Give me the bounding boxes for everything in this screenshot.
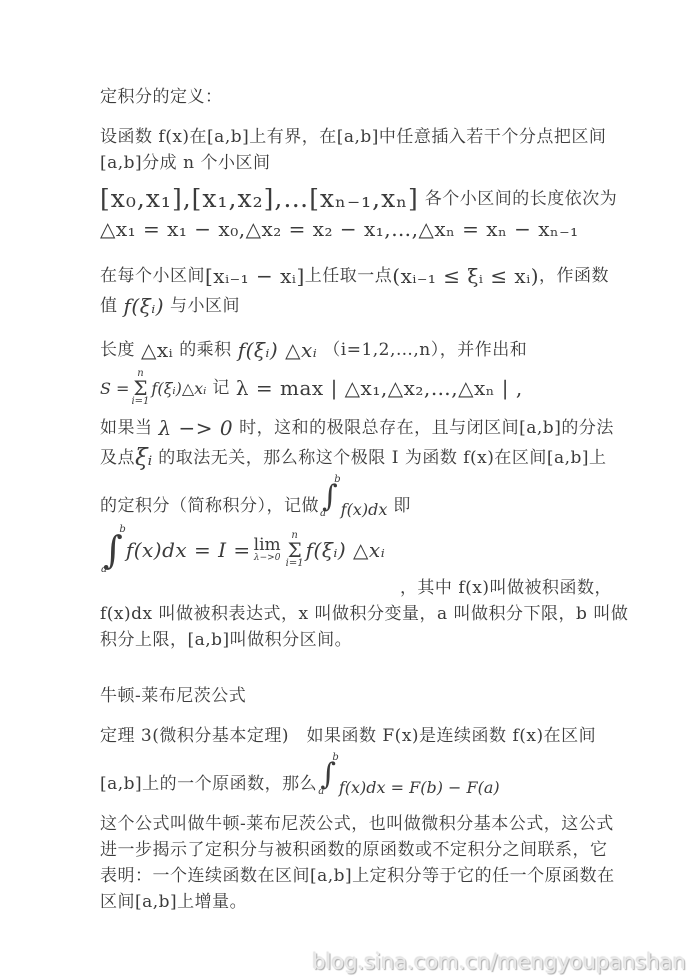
sum-definition-row: S = n Σ i=1 f(ξᵢ)△xᵢ 记 λ = max | △x₁,△x₂… bbox=[100, 369, 612, 407]
sum-lower-limit-main: i=1 bbox=[286, 559, 304, 569]
sum-symbol: n Σ i=1 bbox=[131, 369, 149, 407]
lim-subscript: λ−>0 bbox=[254, 554, 281, 563]
formula-intervals: [x₀,x₁],[x₁,x₂],…[xₙ₋₁,xₙ] bbox=[100, 184, 419, 213]
after-formula-line-1: ，其中 f(x)叫做被积函数， bbox=[100, 575, 612, 601]
pick-interval-formula: [xᵢ₋₁ − xᵢ] bbox=[205, 264, 305, 288]
after-formula-line-2: f(x)dx 叫做被积表达式，x 叫做积分变量，a 叫做积分下限，b 叫做 bbox=[100, 601, 612, 627]
limit-condition-row: 如果当 λ −> 0 时，这和的极限总存在，且与闭区间[a,b]的分法 bbox=[100, 415, 612, 441]
sum-lower-limit: i=1 bbox=[131, 397, 149, 407]
value-f-xi-formula: f(ξᵢ) bbox=[124, 294, 165, 318]
main-formula-rhs: f(ξᵢ) △xᵢ bbox=[306, 538, 386, 562]
pick-mid-text: 上任取一点 bbox=[305, 263, 393, 289]
integral-icon-main: ∫ bbox=[103, 535, 123, 565]
after-formula-line-3: 积分上限，[a,b]叫做积分区间。 bbox=[100, 627, 612, 653]
newton-leibniz-formula: f(x)dx = F(b) − F(a) bbox=[339, 778, 500, 797]
section-title-newton: 牛顿-莱布尼茨公式 bbox=[100, 683, 612, 709]
integral-naming-row: 的定积分（简称积分），记做 b ∫ a f(x)dx 即 bbox=[100, 475, 612, 519]
pick-pre-text: 在每个小区间 bbox=[100, 263, 205, 289]
sum-note-text: 记 bbox=[212, 375, 230, 401]
lim-word: lim bbox=[254, 537, 281, 554]
explanation-line-3: 表明：一个连续函数在区间[a,b]上定积分等于它的任一个原函数在 bbox=[100, 863, 612, 889]
formula-intervals-tail: 各个小区间的长度依次为 bbox=[425, 186, 618, 212]
length-mid-text: 的乘积 bbox=[179, 337, 232, 363]
naming-pre-text: 的定积分（简称积分），记做 bbox=[100, 493, 319, 519]
theorem-formula-row: [a,b]上的一个原函数，那么 b ∫ a f(x)dx = F(b) − F(… bbox=[100, 753, 612, 797]
integral-lower-limit-main: a bbox=[101, 565, 107, 575]
explanation-line-2: 进一步揭示了定积分与被积函数的原函数或不定积分之间联系，它 bbox=[100, 837, 612, 863]
formula-deltas: △x₁ = x₁ − x₀,△x₂ = x₂ − x₁,…,△xₙ = xₙ −… bbox=[100, 217, 612, 241]
xi-pre-text: 及点 bbox=[100, 445, 135, 471]
integral-body-inline: f(x)dx bbox=[341, 500, 388, 519]
lambda-max-formula: λ = max | △x₁,△x₂,…,△xₙ | , bbox=[236, 376, 523, 400]
watermark-text: blog.sina.com.cn/mengyoupanshan bbox=[312, 950, 686, 974]
sum-symbol-main: n Σ i=1 bbox=[286, 531, 304, 569]
integral-lower-limit-newton: a bbox=[318, 787, 324, 797]
sum-lhs: S = bbox=[100, 379, 129, 398]
condition-pre-text: 如果当 bbox=[100, 415, 153, 441]
length-product-row: 长度 △xᵢ 的乘积 f(ξᵢ) △xᵢ （i=1,2,…,n），并作出和 bbox=[100, 337, 612, 363]
section-title-definition: 定积分的定义： bbox=[100, 84, 612, 110]
sigma-icon-main: Σ bbox=[288, 541, 302, 559]
document-page: { "watermark": "blog.sina.com.cn/mengyou… bbox=[0, 0, 690, 976]
formula-intervals-row: [x₀,x₁],[x₁,x₂],…[xₙ₋₁,xₙ] 各个小区间的长度依次为 bbox=[100, 184, 612, 213]
document-body: 定积分的定义： 设函数 f(x)在[a,b]上有界，在[a,b]中任意插入若干个… bbox=[100, 84, 612, 915]
theorem-line-2-pre: [a,b]上的一个原函数，那么 bbox=[100, 771, 317, 797]
intro-line-2: [a,b]分成 n 个小区间 bbox=[100, 150, 612, 176]
integral-symbol-main: b ∫ a bbox=[103, 525, 123, 575]
integral-symbol-newton: b ∫ a bbox=[320, 753, 336, 797]
limit-symbol: lim λ−>0 bbox=[254, 537, 281, 563]
integral-icon: ∫ bbox=[322, 485, 338, 509]
value-tail-text: 与小区间 bbox=[170, 293, 240, 319]
xi-choice-row: 及点 ξᵢ 的取法无关，那么称这个极限 I 为函数 f(x)在区间[a,b]上 bbox=[100, 445, 612, 471]
integral-icon-newton: ∫ bbox=[320, 763, 336, 787]
main-formula-row: b ∫ a f(x)dx = I = lim λ−>0 n Σ i=1 f(ξᵢ… bbox=[100, 525, 612, 575]
pick-point-row: 在每个小区间 [xᵢ₋₁ − xᵢ] 上任取一点 (xᵢ₋₁ ≤ ξᵢ ≤ xᵢ… bbox=[100, 263, 612, 289]
explanation-line-4: 区间[a,b]上增量。 bbox=[100, 889, 612, 915]
naming-tail-text: 即 bbox=[393, 493, 411, 519]
explanation-line-1: 这个公式叫做牛顿-莱布尼茨公式，也叫做微积分基本公式，这公式 bbox=[100, 811, 612, 837]
theorem-line-1: 定理 3(微积分基本定理) 如果函数 F(x)是连续函数 f(x)在区间 bbox=[100, 723, 612, 749]
xi-symbol: ξᵢ bbox=[135, 445, 152, 471]
integral-symbol-inline: b ∫ a bbox=[322, 475, 338, 519]
function-value-row: 值 f(ξᵢ) 与小区间 bbox=[100, 293, 612, 319]
sigma-icon: Σ bbox=[133, 379, 147, 397]
condition-tail-text: 时，这和的极限总存在，且与闭区间[a,b]的分法 bbox=[239, 415, 614, 441]
pick-condition-formula: (xᵢ₋₁ ≤ ξᵢ ≤ xᵢ) bbox=[392, 264, 539, 288]
delta-xi-formula: △xᵢ bbox=[141, 338, 173, 362]
sum-rhs: f(ξᵢ)△xᵢ bbox=[151, 379, 206, 398]
main-formula-lhs: f(x)dx = I = bbox=[126, 538, 251, 562]
lambda-to-zero-formula: λ −> 0 bbox=[159, 416, 234, 440]
intro-line-1: 设函数 f(x)在[a,b]上有界，在[a,b]中任意插入若干个分点把区间 bbox=[100, 124, 612, 150]
length-pre-text: 长度 bbox=[100, 337, 135, 363]
value-pre-text: 值 bbox=[100, 293, 118, 319]
product-formula: f(ξᵢ) △xᵢ bbox=[238, 338, 318, 362]
pick-tail-text: ，作函数 bbox=[539, 263, 609, 289]
integral-lower-limit: a bbox=[320, 509, 326, 519]
xi-tail-text: 的取法无关，那么称这个极限 I 为函数 f(x)在区间[a,b]上 bbox=[158, 445, 606, 471]
length-tail-text: （i=1,2,…,n），并作出和 bbox=[323, 337, 527, 363]
